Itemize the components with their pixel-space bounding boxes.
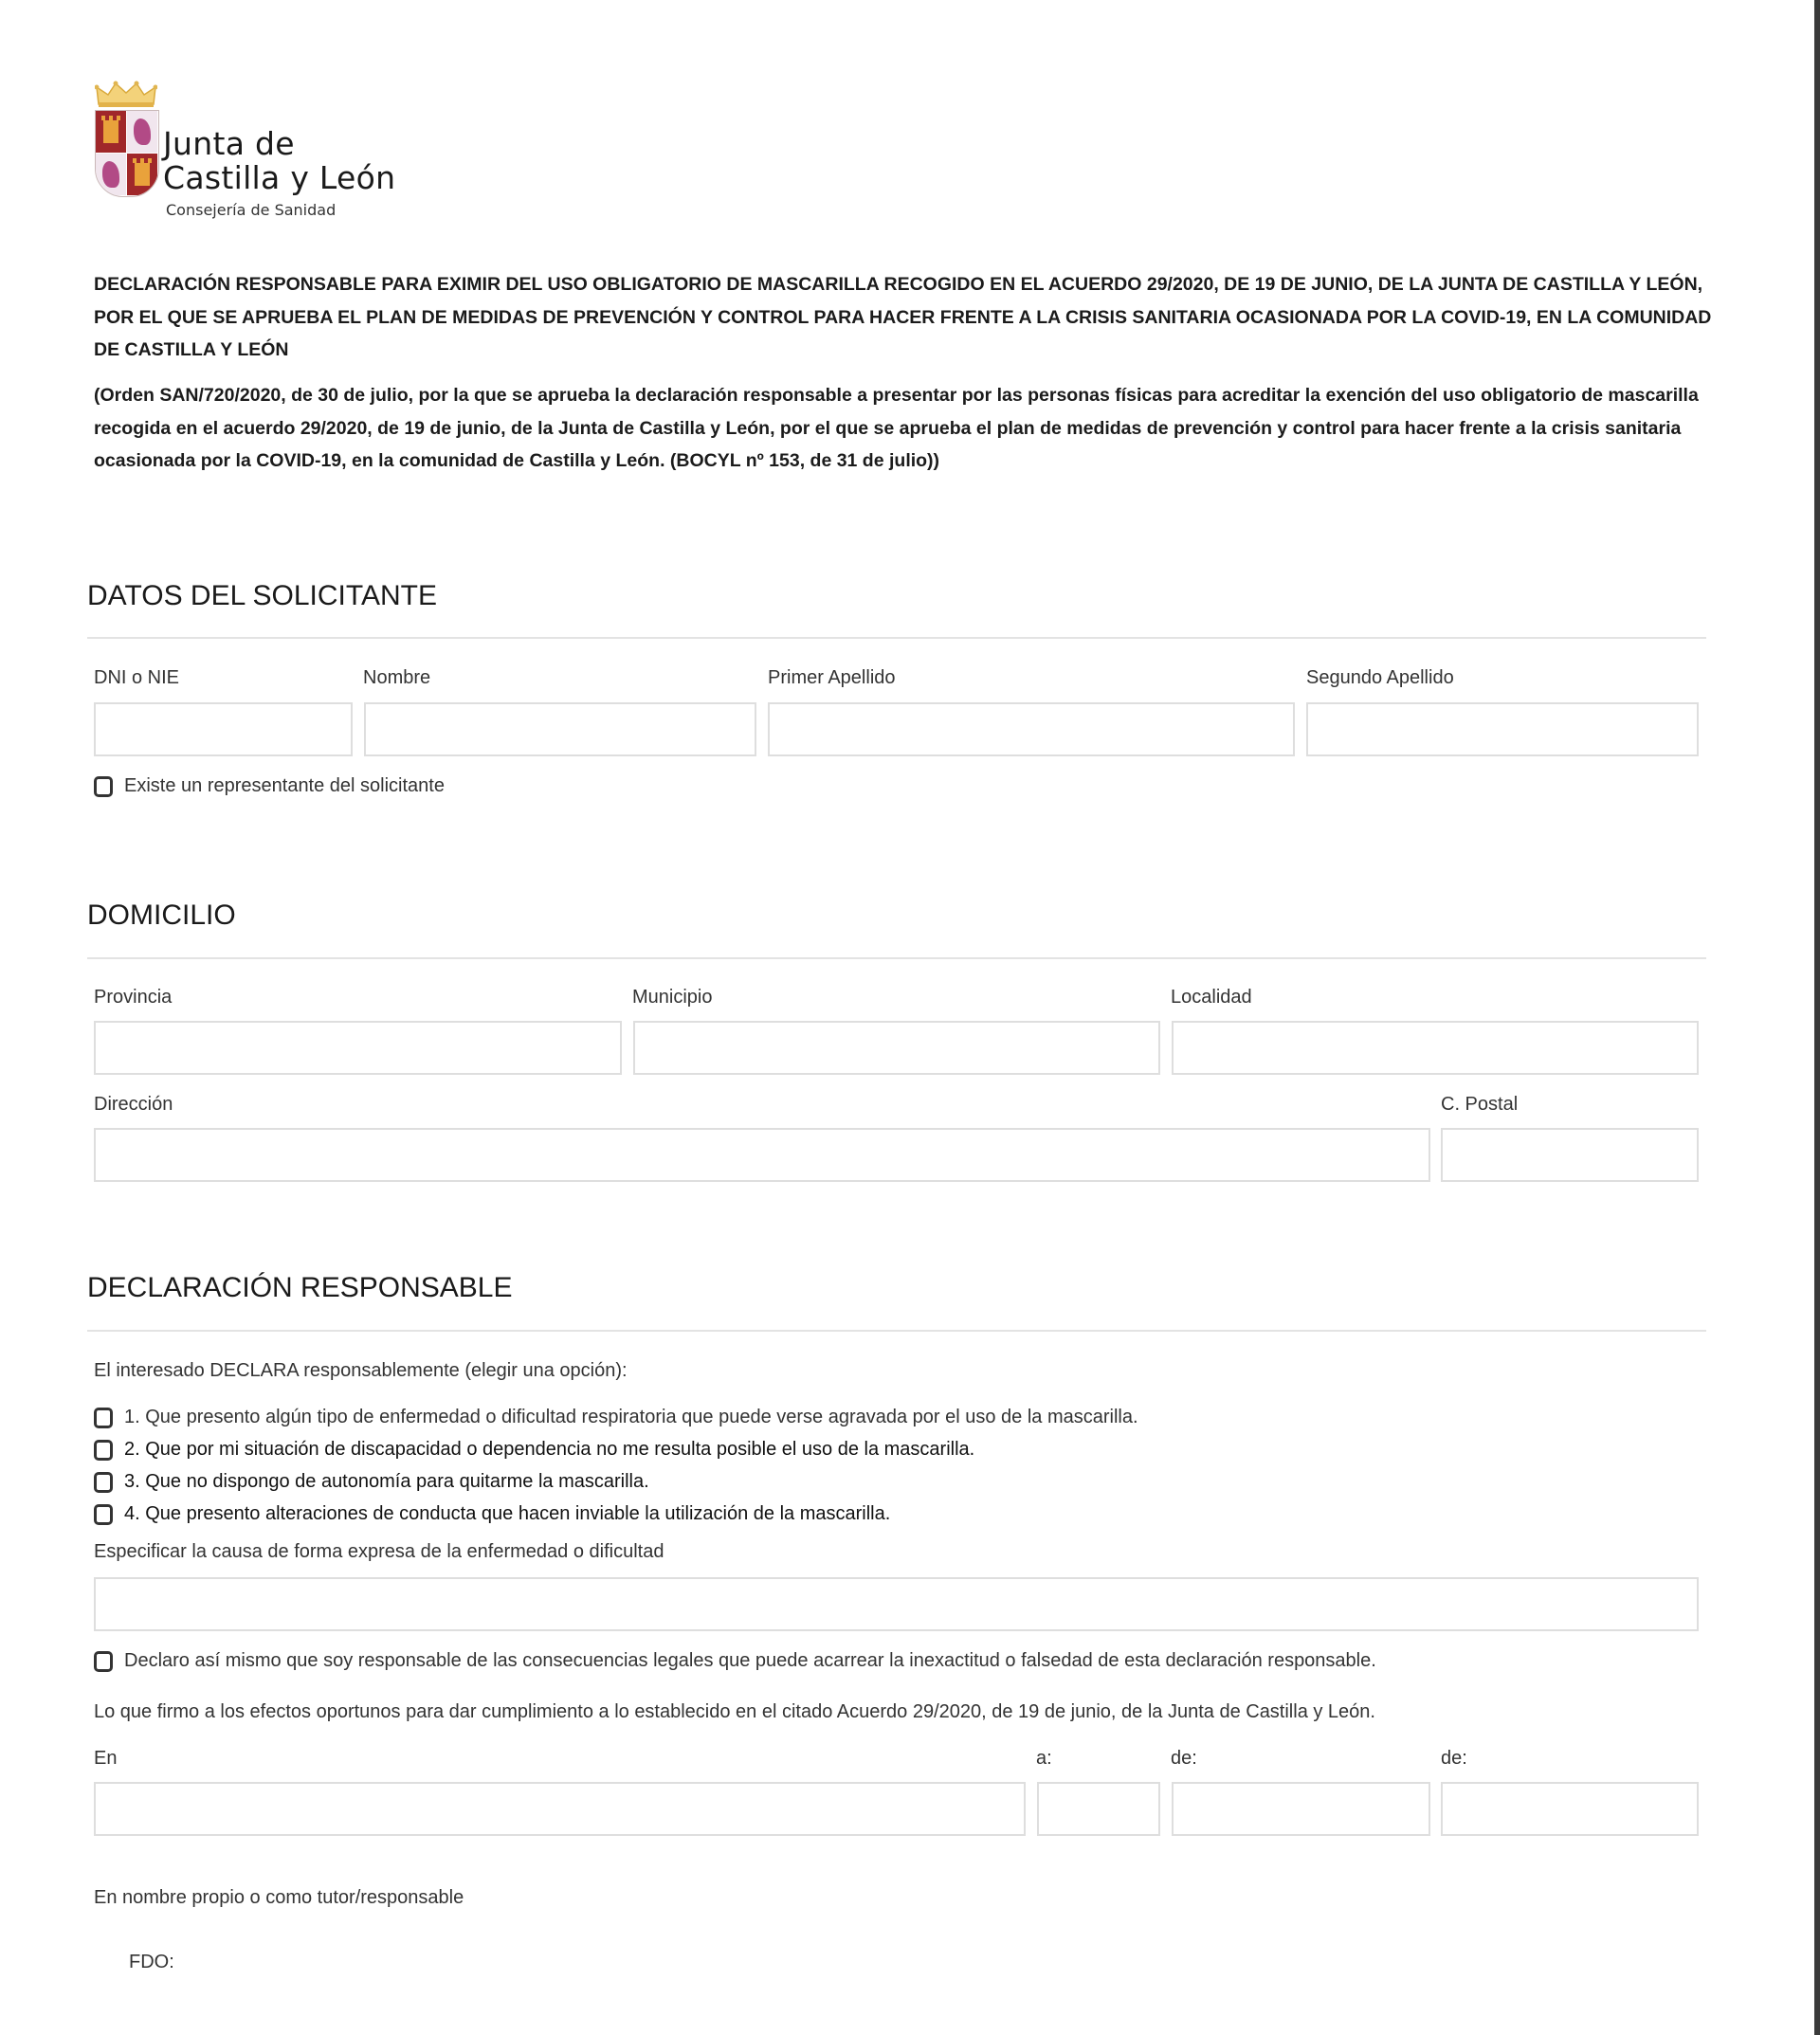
logo-subtitle: Consejería de Sanidad (166, 201, 336, 219)
mes-field[interactable] (1172, 1782, 1430, 1836)
option-1-label: 1. Que presento algún tipo de enfermedad… (124, 1407, 1138, 1428)
lion-icon (102, 161, 119, 188)
segundo-apellido-label: Segundo Apellido (1306, 667, 1454, 689)
castle-icon (135, 163, 150, 186)
logo-title-line2: Castilla y León (163, 159, 395, 196)
municipio-field[interactable] (633, 1021, 1160, 1075)
lugar-field[interactable] (94, 1782, 1026, 1836)
document-legal-reference: (Orden SAN/720/2020, de 30 de julio, por… (94, 379, 1724, 478)
option-4-checkbox[interactable] (94, 1504, 113, 1525)
firma-text: Lo que firmo a los efectos oportunos par… (94, 1701, 1375, 1723)
option-3-row[interactable]: 3. Que no dispongo de autonomía para qui… (94, 1471, 649, 1493)
nombre-field[interactable] (364, 702, 756, 756)
option-3-checkbox[interactable] (94, 1472, 113, 1493)
direccion-field[interactable] (94, 1128, 1430, 1182)
option-1-checkbox[interactable] (94, 1408, 113, 1428)
section-title-declaracion: DECLARACIÓN RESPONSABLE (87, 1272, 512, 1304)
option-2-label: 2. Que por mi situación de discapacidad … (124, 1439, 974, 1461)
responsabilidad-row[interactable]: Declaro así mismo que soy responsable de… (94, 1650, 1376, 1672)
fdo-label: FDO: (129, 1952, 174, 1973)
lion-icon (134, 118, 151, 145)
primer-apellido-field[interactable] (768, 702, 1295, 756)
provincia-label: Provincia (94, 987, 172, 1008)
document-title: DECLARACIÓN RESPONSABLE PARA EXIMIR DEL … (94, 268, 1724, 367)
representante-label: Existe un representante del solicitante (124, 775, 445, 797)
crown-icon (95, 80, 157, 108)
municipio-label: Municipio (632, 987, 712, 1008)
localidad-field[interactable] (1172, 1021, 1699, 1075)
coat-of-arms-icon (95, 110, 159, 197)
representante-checkbox-row[interactable]: Existe un representante del solicitante (94, 775, 445, 797)
responsabilidad-label: Declaro así mismo que soy responsable de… (124, 1650, 1376, 1672)
window-right-border (1814, 0, 1820, 2035)
primer-apellido-label: Primer Apellido (768, 667, 896, 689)
dni-label: DNI o NIE (94, 667, 179, 689)
causa-field[interactable] (94, 1577, 1699, 1631)
direccion-label: Dirección (94, 1094, 173, 1116)
castle-icon (103, 120, 118, 143)
responsabilidad-checkbox[interactable] (94, 1651, 113, 1672)
nombre-propio-text: En nombre propio o como tutor/responsabl… (94, 1887, 464, 1909)
causa-label: Especificar la causa de forma expresa de… (94, 1541, 664, 1563)
section-title-domicilio: DOMICILIO (87, 899, 236, 932)
option-4-label: 4. Que presento alteraciones de conducta… (124, 1503, 890, 1525)
option-2-row[interactable]: 2. Que por mi situación de discapacidad … (94, 1439, 974, 1461)
nombre-label: Nombre (363, 667, 430, 689)
option-1-row[interactable]: 1. Que presento algún tipo de enfermedad… (94, 1407, 1138, 1428)
dia-field[interactable] (1037, 1782, 1160, 1836)
logo-title-line1: Junta de (163, 125, 295, 162)
option-4-row[interactable]: 4. Que presento alteraciones de conducta… (94, 1503, 890, 1525)
dni-field[interactable] (94, 702, 353, 756)
anio-field[interactable] (1441, 1782, 1699, 1836)
declaracion-intro: El interesado DECLARA responsablemente (… (94, 1360, 628, 1382)
option-2-checkbox[interactable] (94, 1440, 113, 1461)
dia-label: a: (1036, 1748, 1052, 1770)
section-divider (87, 637, 1706, 639)
codigo-postal-label: C. Postal (1441, 1094, 1518, 1116)
segundo-apellido-field[interactable] (1306, 702, 1699, 756)
representante-checkbox[interactable] (94, 776, 113, 797)
localidad-label: Localidad (1171, 987, 1252, 1008)
lugar-label: En (94, 1748, 117, 1770)
codigo-postal-field[interactable] (1441, 1128, 1699, 1182)
mes-label: de: (1171, 1748, 1197, 1770)
anio-label: de: (1441, 1748, 1467, 1770)
provincia-field[interactable] (94, 1021, 622, 1075)
section-divider (87, 1330, 1706, 1332)
logo: Junta de Castilla y León Consejería de S… (93, 80, 415, 224)
section-title-solicitante: DATOS DEL SOLICITANTE (87, 580, 437, 612)
section-divider (87, 957, 1706, 959)
option-3-label: 3. Que no dispongo de autonomía para qui… (124, 1471, 649, 1493)
